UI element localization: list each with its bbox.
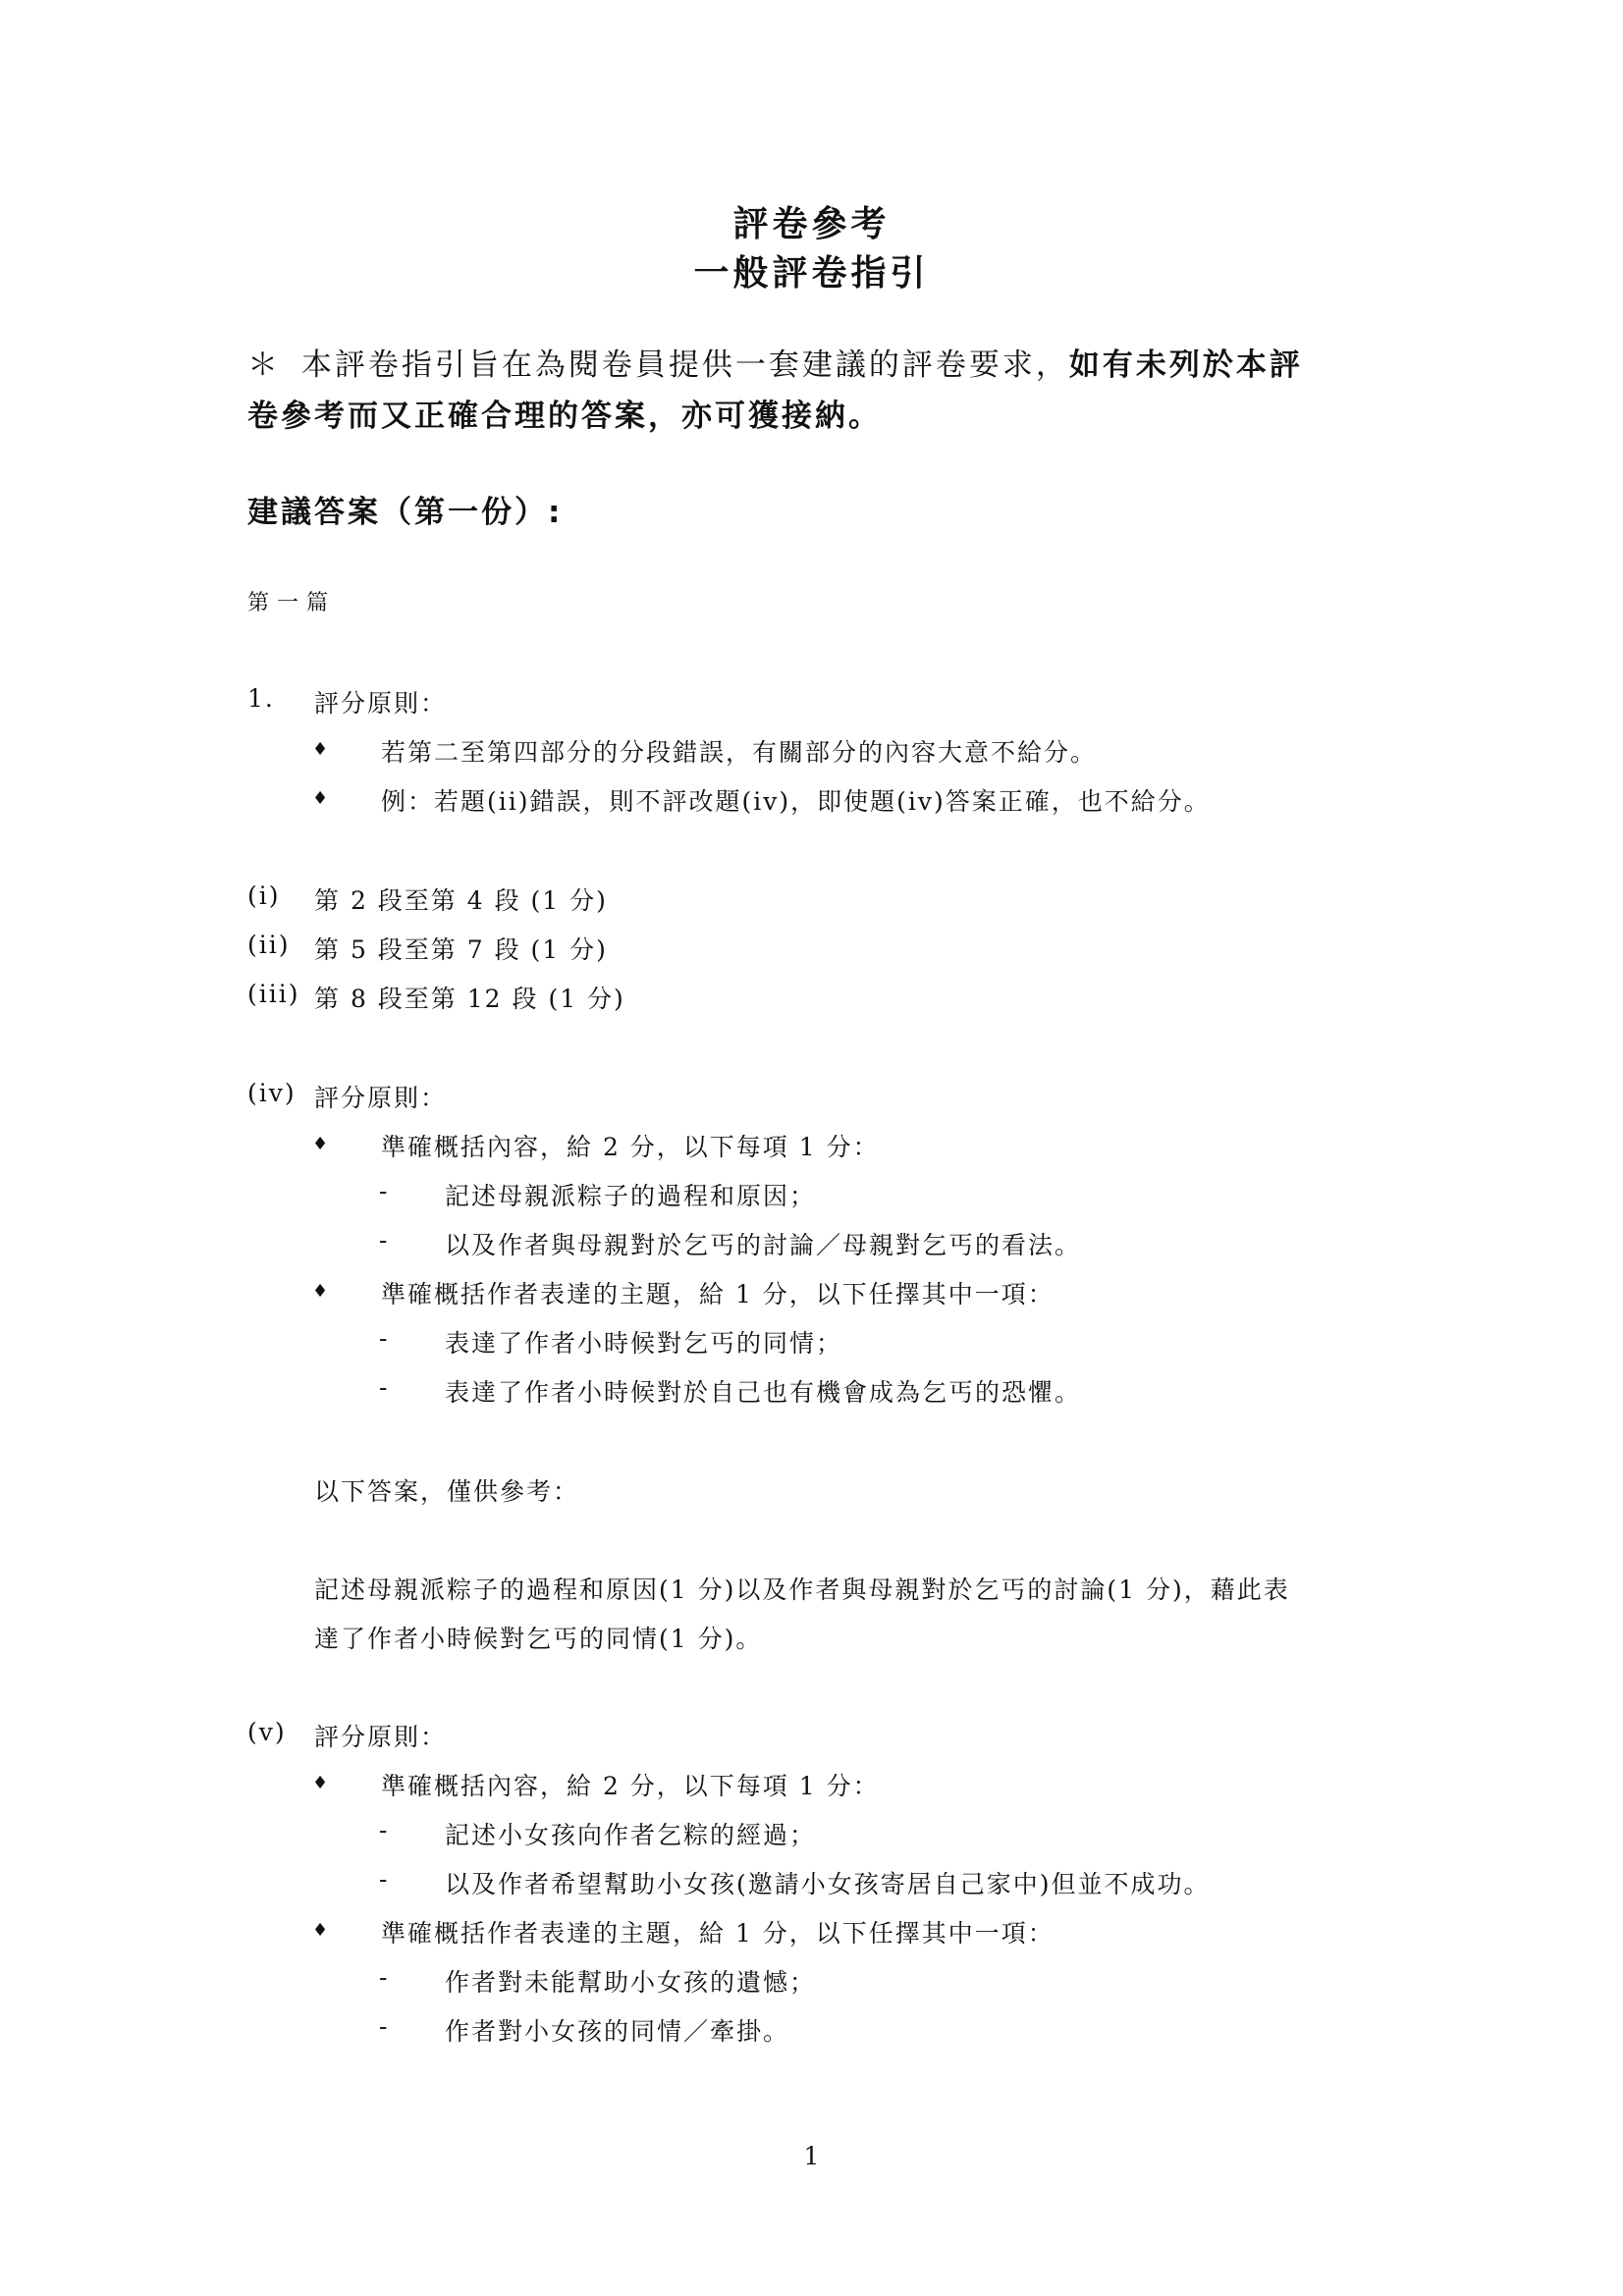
dash-item-text: 作者對小女孩的同情／牽掛。 (445, 2012, 789, 2048)
bullet-text: 準確概括內容，給 2 分，以下每項 1 分： (381, 1128, 880, 1163)
dash-marker: - (379, 2012, 389, 2041)
sub-item-text: 第 5 段至第 7 段 (1 分) (314, 931, 608, 966)
section-heading: 建議答案（第一份）: (247, 487, 563, 531)
note-text-bold-2: 卷參考而又正確合理的答案，亦可獲接納。 (247, 399, 882, 434)
bullet-icon: ♦ (312, 788, 328, 809)
note-text-normal: 本評卷指引旨在為閱卷員提供一套建議的評卷要求， (301, 347, 1069, 383)
dash-item-text: 作者對未能幫助小女孩的遺憾； (445, 1963, 816, 1999)
sub-item-number: (ii) (247, 931, 291, 959)
dash-marker: - (379, 1177, 389, 1205)
dash-item-text: 以及作者希望幫助小女孩(邀請小女孩寄居自己家中)但並不成功。 (445, 1865, 1211, 1900)
bullet-icon: ♦ (312, 1920, 328, 1941)
dash-item-text: 以及作者與母親對於乞丐的討論／母親對乞丐的看法。 (445, 1226, 1081, 1261)
note-line2: 卷參考而又正確合理的答案，亦可獲接納。 (247, 391, 882, 435)
bullet-text: 準確概括內容，給 2 分，以下每項 1 分： (381, 1767, 880, 1802)
reference-label: 以下答案，僅供參考： (314, 1472, 579, 1508)
dash-marker: - (379, 1373, 389, 1402)
dash-marker: - (379, 1963, 389, 1992)
dash-marker: - (379, 1816, 389, 1844)
dash-item-text: 表達了作者小時候對乞丐的同情； (445, 1324, 842, 1360)
sub-item-label: 評分原則： (314, 1079, 447, 1114)
sub-item-number: (iii) (247, 980, 300, 1008)
dash-item-text: 記述母親派粽子的過程和原因； (445, 1177, 816, 1212)
note-line1: ＊ 本評卷指引旨在為閱卷員提供一套建議的評卷要求，如有未列於本評 (247, 340, 1303, 384)
dash-item-text: 記述小女孩向作者乞粽的經過； (445, 1816, 816, 1851)
bullet-text: 例：若題(ii)錯誤，則不評改題(iv)，即使題(iv)答案正確，也不給分。 (381, 782, 1211, 818)
sub-item-number: (i) (247, 881, 281, 910)
bullet-text: 準確概括作者表達的主題，給 1 分，以下任擇其中一項： (381, 1914, 1055, 1949)
dash-item-text: 表達了作者小時候對於自己也有機會成為乞丐的恐懼。 (445, 1373, 1081, 1409)
sub-item-label: 評分原則： (314, 1718, 447, 1753)
document-title-line2: 一般評卷指引 (0, 245, 1623, 295)
question-number: 1. (247, 684, 275, 713)
sub-item-number: (v) (247, 1718, 287, 1746)
bullet-text: 若第二至第四部分的分段錯誤，有關部分的內容大意不給分。 (381, 733, 1097, 769)
bullet-text: 準確概括作者表達的主題，給 1 分，以下任擇其中一項： (381, 1275, 1055, 1310)
bullet-icon: ♦ (312, 1773, 328, 1793)
reference-answer-line1: 記述母親派粽子的過程和原因(1 分)以及作者與母親對於乞丐的討論(1 分)，藉此… (314, 1571, 1290, 1606)
sub-item-number: (iv) (247, 1079, 297, 1107)
bullet-icon: ♦ (312, 1281, 328, 1302)
bullet-icon: ♦ (312, 1134, 328, 1154)
document-title-line1: 評卷參考 (0, 196, 1623, 246)
bullet-icon: ♦ (312, 739, 328, 760)
dash-marker: - (379, 1324, 389, 1353)
sub-item-text: 第 2 段至第 4 段 (1 分) (314, 881, 608, 917)
sub-item-text: 第 8 段至第 12 段 (1 分) (314, 980, 625, 1015)
reference-answer-line2: 達了作者小時候對乞丐的同情(1 分)。 (314, 1620, 762, 1655)
dash-marker: - (379, 1226, 389, 1255)
page-number: 1 (0, 2142, 1623, 2170)
asterisk-icon: ＊ (247, 347, 281, 383)
dash-marker: - (379, 1865, 389, 1894)
question-label: 評分原則： (314, 684, 447, 720)
part-label: 第一篇 (247, 586, 336, 616)
note-text-bold: 如有未列於本評 (1069, 347, 1303, 383)
